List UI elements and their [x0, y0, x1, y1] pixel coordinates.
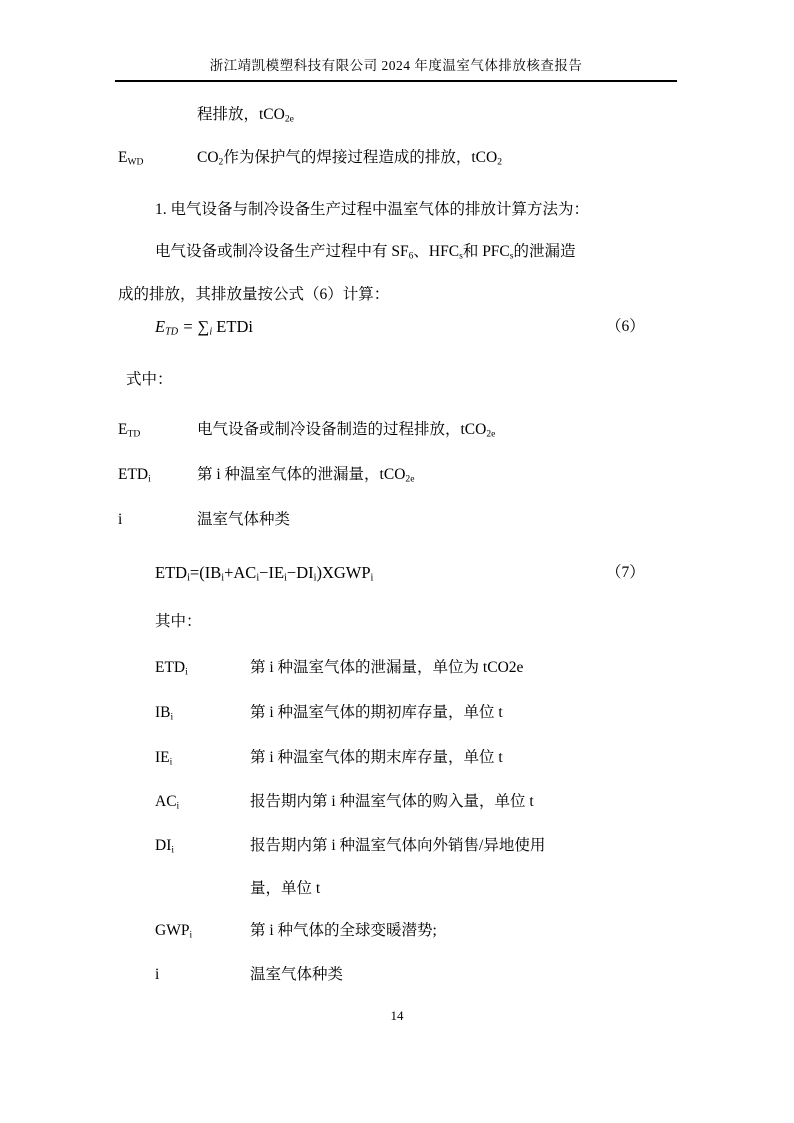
document-page: 浙江靖凯模塑科技有限公司 2024 年度温室气体排放核查报告 程排放，tCO2e…	[0, 0, 794, 1123]
equation-number: （7）	[606, 562, 645, 583]
definition-term: ETD	[118, 419, 140, 440]
definition-text: 电气设备或制冷设备制造的过程排放，tCO2e	[197, 419, 495, 440]
definition-text: 第 i 种温室气体的泄漏量，tCO2e	[197, 464, 414, 485]
continuation-text: 程排放，tCO2e	[197, 104, 294, 125]
definition-text: 温室气体种类	[250, 964, 343, 985]
definition-text: 第 i 种气体的全球变暖潜势;	[250, 920, 437, 941]
definition-term: IBi	[155, 702, 173, 723]
definition-term: i	[155, 964, 159, 985]
paragraph-text: 1. 电气设备与制冷设备生产过程中温室气体的排放计算方法为：	[155, 199, 589, 220]
definition-text: 报告期内第 i 种温室气体的购入量，单位 t	[250, 791, 534, 812]
definition-text: 第 i 种温室气体的期末库存量，单位 t	[250, 747, 503, 768]
definition-text: CO2作为保护气的焊接过程造成的排放，tCO2	[197, 147, 502, 168]
definition-term: ETDi	[118, 464, 151, 485]
definition-term: DIi	[155, 835, 174, 856]
page-header-title: 浙江靖凯模塑科技有限公司 2024 年度温室气体排放核查报告	[115, 54, 677, 82]
formula-6-expression: ETD = ∑i ETDi	[155, 316, 253, 337]
definition-term: ACi	[155, 791, 179, 812]
paragraph-text: 电气设备或制冷设备生产过程中有 SF6、HFCs和 PFCs的泄漏造	[155, 241, 576, 262]
definition-text: 温室气体种类	[197, 509, 290, 530]
definition-text: 第 i 种温室气体的泄漏量，单位为 tCO2e	[250, 657, 523, 678]
formula-6-lhs: ETD = ∑i	[155, 317, 212, 336]
definition-term: GWPi	[155, 920, 192, 941]
definition-text: 量，单位 t	[250, 878, 320, 899]
equation-number: （6）	[606, 316, 645, 337]
page-number: 14	[0, 1008, 794, 1024]
definition-term: i	[118, 509, 122, 530]
where-label-text: 式中：	[126, 369, 173, 390]
definition-term: IEi	[155, 747, 172, 768]
formula-7-expression: ETDi=(IBi+ACi−IEi−DIi)XGWPi	[155, 562, 373, 583]
definition-term: EWD	[118, 147, 143, 168]
definition-text: 报告期内第 i 种温室气体向外销售/异地使用	[250, 835, 545, 856]
definition-text: 第 i 种温室气体的期初库存量，单位 t	[250, 702, 503, 723]
paragraph-text: 成的排放，其排放量按公式（6）计算：	[118, 284, 389, 305]
definition-term: ETDi	[155, 657, 188, 678]
formula-6-rhs: ETDi	[216, 317, 253, 336]
where-label-text: 其中：	[155, 611, 202, 632]
